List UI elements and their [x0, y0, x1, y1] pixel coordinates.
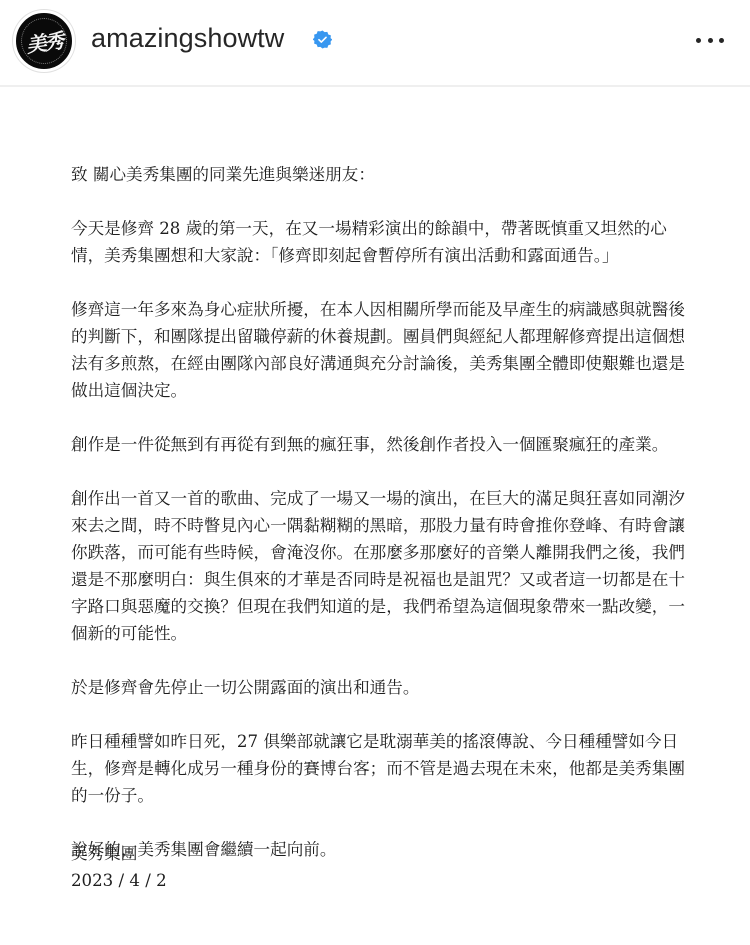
- paragraph-3: 創作是一件從無到有再從有到無的瘋狂事，然後創作者投入一個匯聚瘋狂的產業。: [71, 431, 691, 458]
- avatar[interactable]: 美秀: [13, 10, 75, 72]
- paragraph-2: 修齊這一年多來為身心症狀所擾，在本人因相關所學而能及早產生的病識感與就醫後的判斷…: [71, 296, 691, 404]
- paragraph-5: 於是修齊會先停止一切公開露面的演出和通告。: [71, 674, 691, 701]
- paragraph-6: 昨日種種譬如昨日死，27 俱樂部就讓它是耽溺華美的搖滾傳說、今日種種譬如今日生，…: [71, 728, 691, 809]
- header-divider: [0, 85, 750, 87]
- more-options-button[interactable]: [690, 28, 730, 52]
- paragraph-4: 創作出一首又一首的歌曲、完成了一場又一場的演出，在巨大的滿足與狂喜如同潮汐來去之…: [71, 485, 691, 647]
- more-horizontal-icon: [696, 38, 701, 43]
- signature-block: 美秀集團 2023 / 4 / 2: [71, 840, 167, 894]
- avatar-logo: 美秀: [24, 24, 64, 58]
- verified-badge-icon: [313, 30, 332, 49]
- announcement-letter: 致 關心美秀集團的同業先進與樂迷朋友： 今天是修齊 28 歲的第一天，在又一場精…: [71, 161, 691, 863]
- paragraph-1: 今天是修齊 28 歲的第一天，在又一場精彩演出的餘韻中，帶著既慎重又坦然的心情，…: [71, 215, 691, 269]
- username-link[interactable]: amazingshowtw: [91, 23, 284, 54]
- date: 2023 / 4 / 2: [71, 867, 167, 894]
- salutation: 致 關心美秀集團的同業先進與樂迷朋友：: [71, 161, 691, 188]
- signature: 美秀集團: [71, 840, 167, 867]
- post-header: 美秀 amazingshowtw: [0, 0, 750, 84]
